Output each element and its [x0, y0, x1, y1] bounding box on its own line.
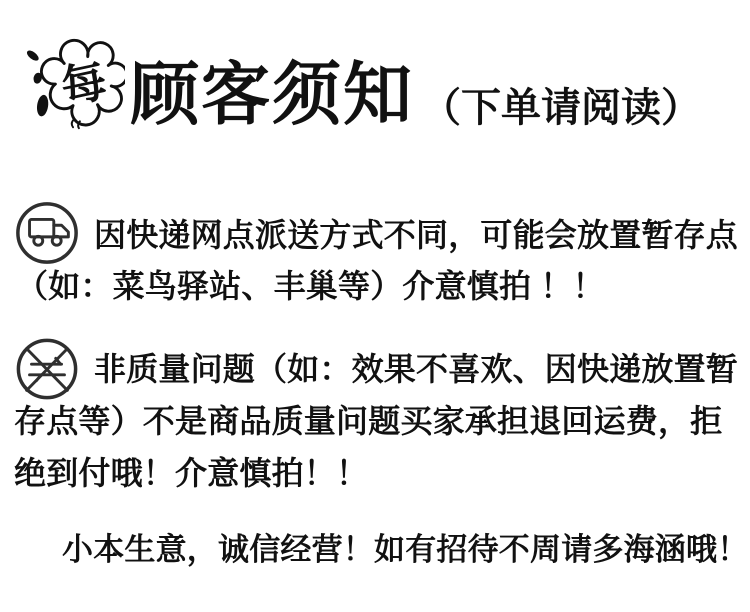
page-title: 顾客须知	[130, 55, 414, 135]
page-subtitle: （下单请阅读）	[421, 73, 701, 143]
ink-dot-bottom	[36, 94, 50, 117]
truck-icon	[14, 200, 80, 266]
ink-dot-top	[25, 49, 40, 63]
notice-quality-line-2: 存点等）不是商品质量问题买家承担退回运费，拒	[14, 398, 722, 444]
truck-wheel-left	[34, 236, 43, 245]
truck-body	[30, 219, 54, 236]
notice-quality-line-3: 绝到付哦！介意慎拍！！	[14, 450, 368, 496]
cross-lines	[27, 349, 68, 391]
customer-notice-banner: 每 顾客须知 （下单请阅读） 因快递网点派送方式不同，可能会放置暂存点 （如：菜…	[0, 0, 750, 612]
no-cod-icon	[15, 337, 79, 401]
truck-wheel-right	[52, 236, 61, 245]
brush-cloud-icon: 每	[23, 38, 125, 134]
footer-message: 小本生意，诚信经营！如有招待不周请多海涵哦！	[62, 528, 748, 572]
notice-quality-line-1: 非质量问题（如：效果不喜欢、因快递放置暂	[94, 346, 738, 392]
notice-delivery-line-1: 因快递网点派送方式不同，可能会放置暂存点	[94, 212, 738, 258]
notice-delivery-line-2: （如：菜鸟驿站、丰巢等）介意慎拍 ！！	[16, 263, 605, 309]
